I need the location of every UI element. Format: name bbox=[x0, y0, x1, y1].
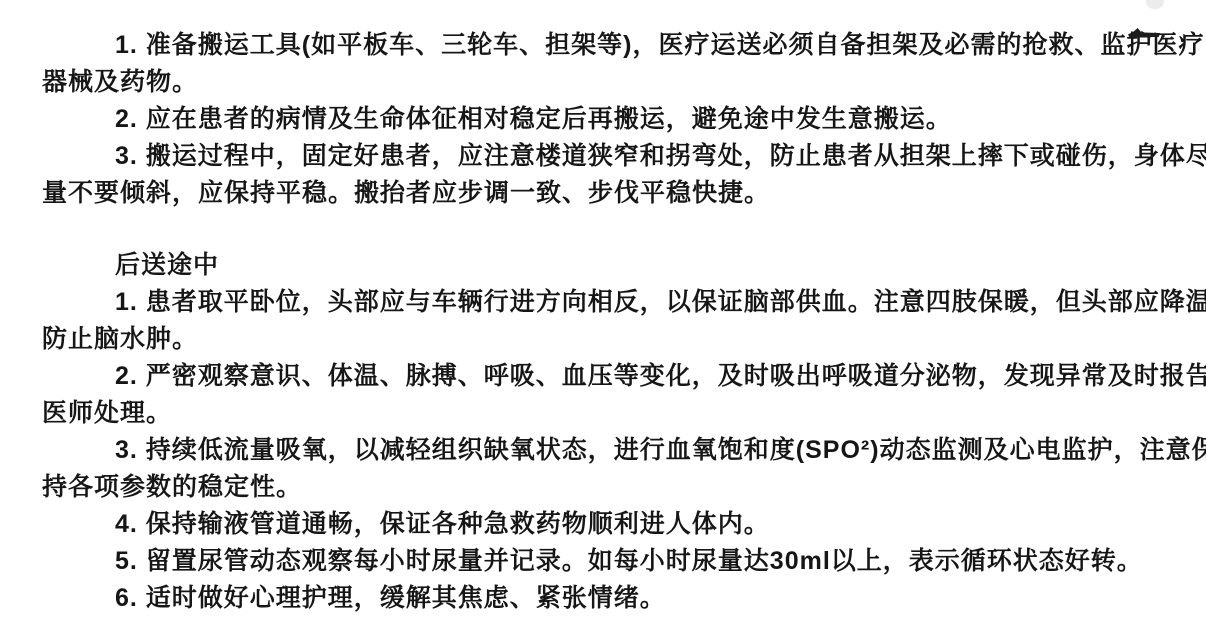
text-line: 1. 准备搬运工具(如平板车、三轮车、担架等)，医疗运送必须自备担架及必需的抢救… bbox=[42, 27, 1176, 64]
text-line: 2. 应在患者的病情及生命体征相对稳定后再搬运，避免途中发生意搬运。 bbox=[42, 101, 1176, 138]
text-line: 6. 适时做好心理护理，缓解其焦虑、紧张情绪。 bbox=[42, 580, 1176, 617]
text-line: 1. 患者取平卧位，头部应与车辆行进方向相反，以保证脑部供血。注意四肢保暖，但头… bbox=[42, 284, 1176, 321]
text-line: 持各项参数的稳定性。 bbox=[42, 469, 1176, 506]
text-line: 5. 留置尿管动态观察每小时尿量并记录。如每小时尿量达30ml以上，表示循环状态… bbox=[42, 543, 1176, 580]
document-body: 1. 准备搬运工具(如平板车、三轮车、担架等)，医疗运送必须自备担架及必需的抢救… bbox=[42, 27, 1176, 617]
text-line: 4. 保持输液管道通畅，保证各种急救药物顺利进人体内。 bbox=[42, 506, 1176, 543]
text-line: 量不要倾斜，应保持平稳。搬抬者应步调一致、步伐平稳快捷。 bbox=[42, 175, 1176, 212]
text-line: 医师处理。 bbox=[42, 395, 1176, 432]
document-page: 1. 准备搬运工具(如平板车、三轮车、担架等)，医疗运送必须自备担架及必需的抢救… bbox=[0, 0, 1206, 636]
scan-artifact-light bbox=[1146, 0, 1164, 9]
text-line: 3. 持续低流量吸氧，以减轻组织缺氧状态，进行血氧饱和度(SPO²)动态监测及心… bbox=[42, 432, 1176, 469]
section-heading: 后送途中 bbox=[42, 247, 1176, 284]
text-line: 器械及药物。 bbox=[42, 64, 1176, 101]
text-line: 2. 严密观察意识、体温、脉搏、呼吸、血压等变化，及时吸出呼吸道分泌物，发现异常… bbox=[42, 358, 1176, 395]
text-line: 3. 搬运过程中，固定好患者，应注意楼道狭窄和拐弯处，防止患者从担架上摔下或碰伤… bbox=[42, 138, 1176, 175]
text-line: 防止脑水肿。 bbox=[42, 321, 1176, 358]
